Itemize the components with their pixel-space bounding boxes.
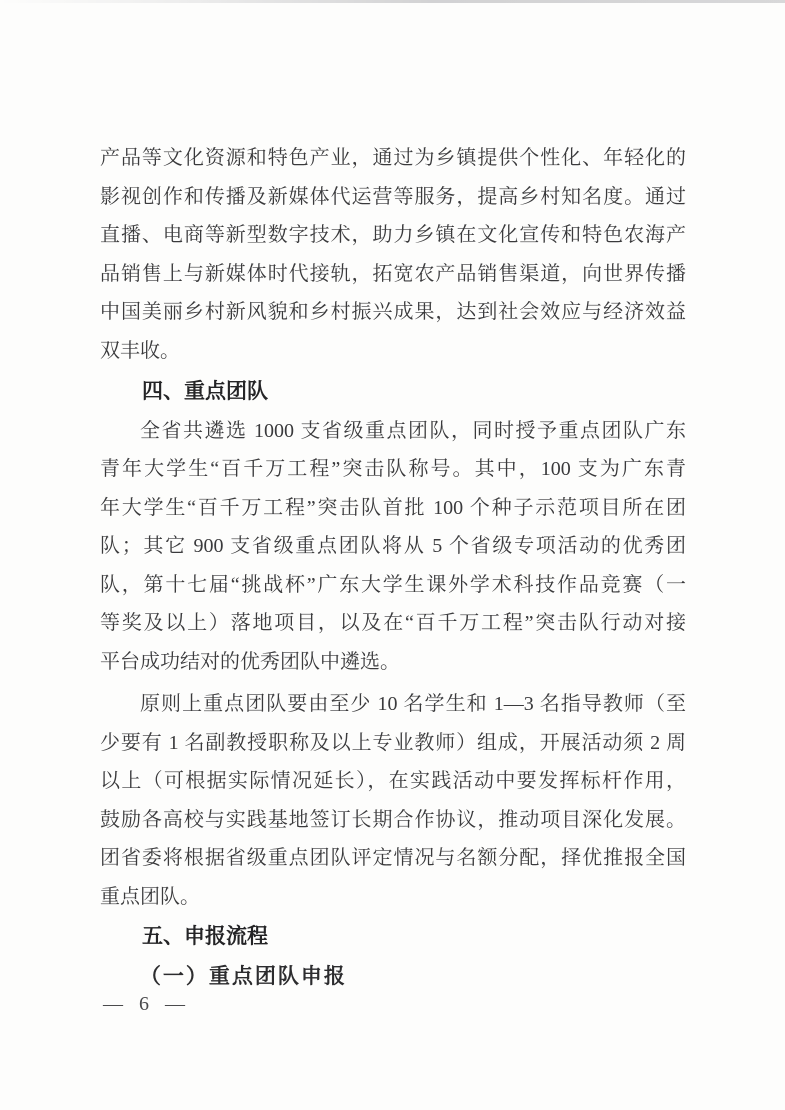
body-line: 全省共遴选 1000 支省级重点团队，同时授予重点团队广东 — [100, 412, 686, 451]
body-line: 少要有 1 名副教授职称及以上专业教师）组成，开展活动须 2 周 — [100, 724, 686, 763]
document-body: 产品等文化资源和特色产业，通过为乡镇提供个性化、年轻化的 影视创作和传播及新媒体… — [100, 139, 686, 995]
body-line: 青年大学生“百千万工程”突击队称号。其中，100 支为广东青 — [100, 450, 686, 489]
body-line: 队，第十七届“挑战杯”广东大学生课外学术科技作品竞赛（一 — [100, 566, 686, 605]
body-line: 等奖及以上）落地项目，以及在“百千万工程”突击队行动对接 — [100, 604, 686, 643]
body-line: 直播、电商等新型数字技术，助力乡镇在文化宣传和特色农海产 — [100, 216, 686, 255]
body-line: 队；其它 900 支省级重点团队将从 5 个省级专项活动的优秀团 — [100, 527, 686, 566]
scan-edge-artifact — [0, 0, 785, 3]
section-heading-5: 五、申报流程 — [100, 918, 686, 957]
body-line: 平台成功结对的优秀团队中遴选。 — [100, 643, 686, 682]
body-line: 产品等文化资源和特色产业，通过为乡镇提供个性化、年轻化的 — [100, 139, 686, 178]
subsection-heading: （一）重点团队申报 — [100, 957, 686, 996]
document-page: 产品等文化资源和特色产业，通过为乡镇提供个性化、年轻化的 影视创作和传播及新媒体… — [0, 0, 785, 1110]
body-line: 年大学生“百千万工程”突击队首批 100 个种子示范项目所在团 — [100, 489, 686, 528]
body-line: 以上（可根据实际情况延长），在实践活动中要发挥标杆作用， — [100, 762, 686, 801]
section-heading-4: 四、重点团队 — [100, 373, 686, 412]
body-line: 重点团队。 — [100, 878, 686, 917]
body-line: 双丰收。 — [100, 332, 686, 371]
body-line: 影视创作和传播及新媒体代运营等服务，提高乡村知名度。通过 — [100, 178, 686, 217]
body-line: 品销售上与新媒体时代接轨，拓宽农产品销售渠道，向世界传播 — [100, 255, 686, 294]
page-number: — 6 — — [103, 993, 186, 1016]
body-line: 鼓励各高校与实践基地签订长期合作协议，推动项目深化发展。 — [100, 801, 686, 840]
body-line: 团省委将根据省级重点团队评定情况与名额分配，择优推报全国 — [100, 839, 686, 878]
body-line: 原则上重点团队要由至少 10 名学生和 1—3 名指导教师（至 — [100, 685, 686, 724]
body-line: 中国美丽乡村新风貌和乡村振兴成果，达到社会效应与经济效益 — [100, 293, 686, 332]
